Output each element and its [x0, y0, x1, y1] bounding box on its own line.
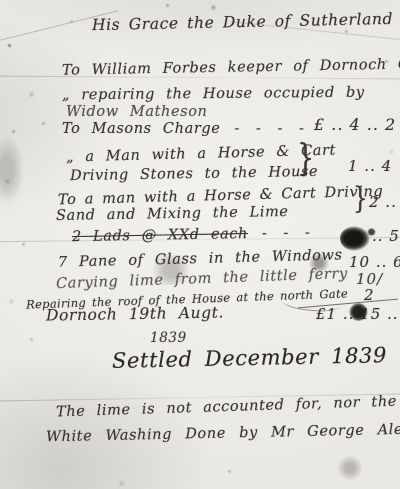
footnote-line-2: White Washing Done by Mr George Alexande…: [46, 421, 400, 446]
amount-two-lads: .. 5: [372, 227, 400, 245]
year-line: 1839: [150, 330, 187, 346]
dash-fill: - - -: [262, 225, 313, 242]
dash-fill: - - - -: [234, 121, 306, 137]
entry-text: To Masons Charge: [62, 121, 220, 137]
ink-smudge: [336, 456, 364, 480]
amount-masons-charge: £ .. 4 .. 2: [314, 115, 396, 134]
entry-forbes: To William Forbes keeper of Dornoch Cath…: [62, 55, 400, 78]
curly-brace: }: [297, 138, 314, 180]
heading-line: His Grace the Duke of Sutherland: [92, 10, 393, 34]
dateline-dornoch: Dornoch 19th Augt.: [46, 303, 224, 324]
entry-text: 2 Lads @ XXd each: [72, 226, 248, 245]
entry-sand-mixing-lime: Sand and Mixing the Lime: [56, 204, 289, 224]
entry-masons-charge: To Masons Charge- - - -: [62, 121, 307, 137]
amount-sand-lime: 2 .. 6: [369, 193, 400, 211]
entry-widow-matheson: Widow Matheson: [66, 104, 207, 120]
entry-man-horse-cart: „ a Man with a Horse & Cart: [66, 142, 336, 165]
amount-driving-stones: 1 .. 4: [348, 157, 392, 175]
amount-glass-panes: 10 .. 6: [349, 253, 400, 271]
footnote-line-1: The lime is not accounted for, nor the: [56, 394, 397, 421]
ink-smudge: [0, 135, 24, 205]
manuscript-page: His Grace the Duke of Sutherland To Will…: [0, 0, 400, 489]
settled-line: Settled December 1839: [112, 343, 387, 373]
paper-speckles: [0, 0, 3, 3]
entry-repairing-house: „ repairing the House occupied by: [62, 85, 365, 104]
ink-blot: [340, 226, 370, 251]
amount-total: £1 .. 15 .. 6: [316, 305, 400, 323]
entry-driving-stones: Driving Stones to the House: [70, 164, 318, 184]
curly-brace: }: [353, 182, 368, 216]
amount-roof-north-gate: 2: [364, 286, 375, 304]
entry-two-lads: 2 Lads @ XXd each- - -: [72, 225, 313, 245]
